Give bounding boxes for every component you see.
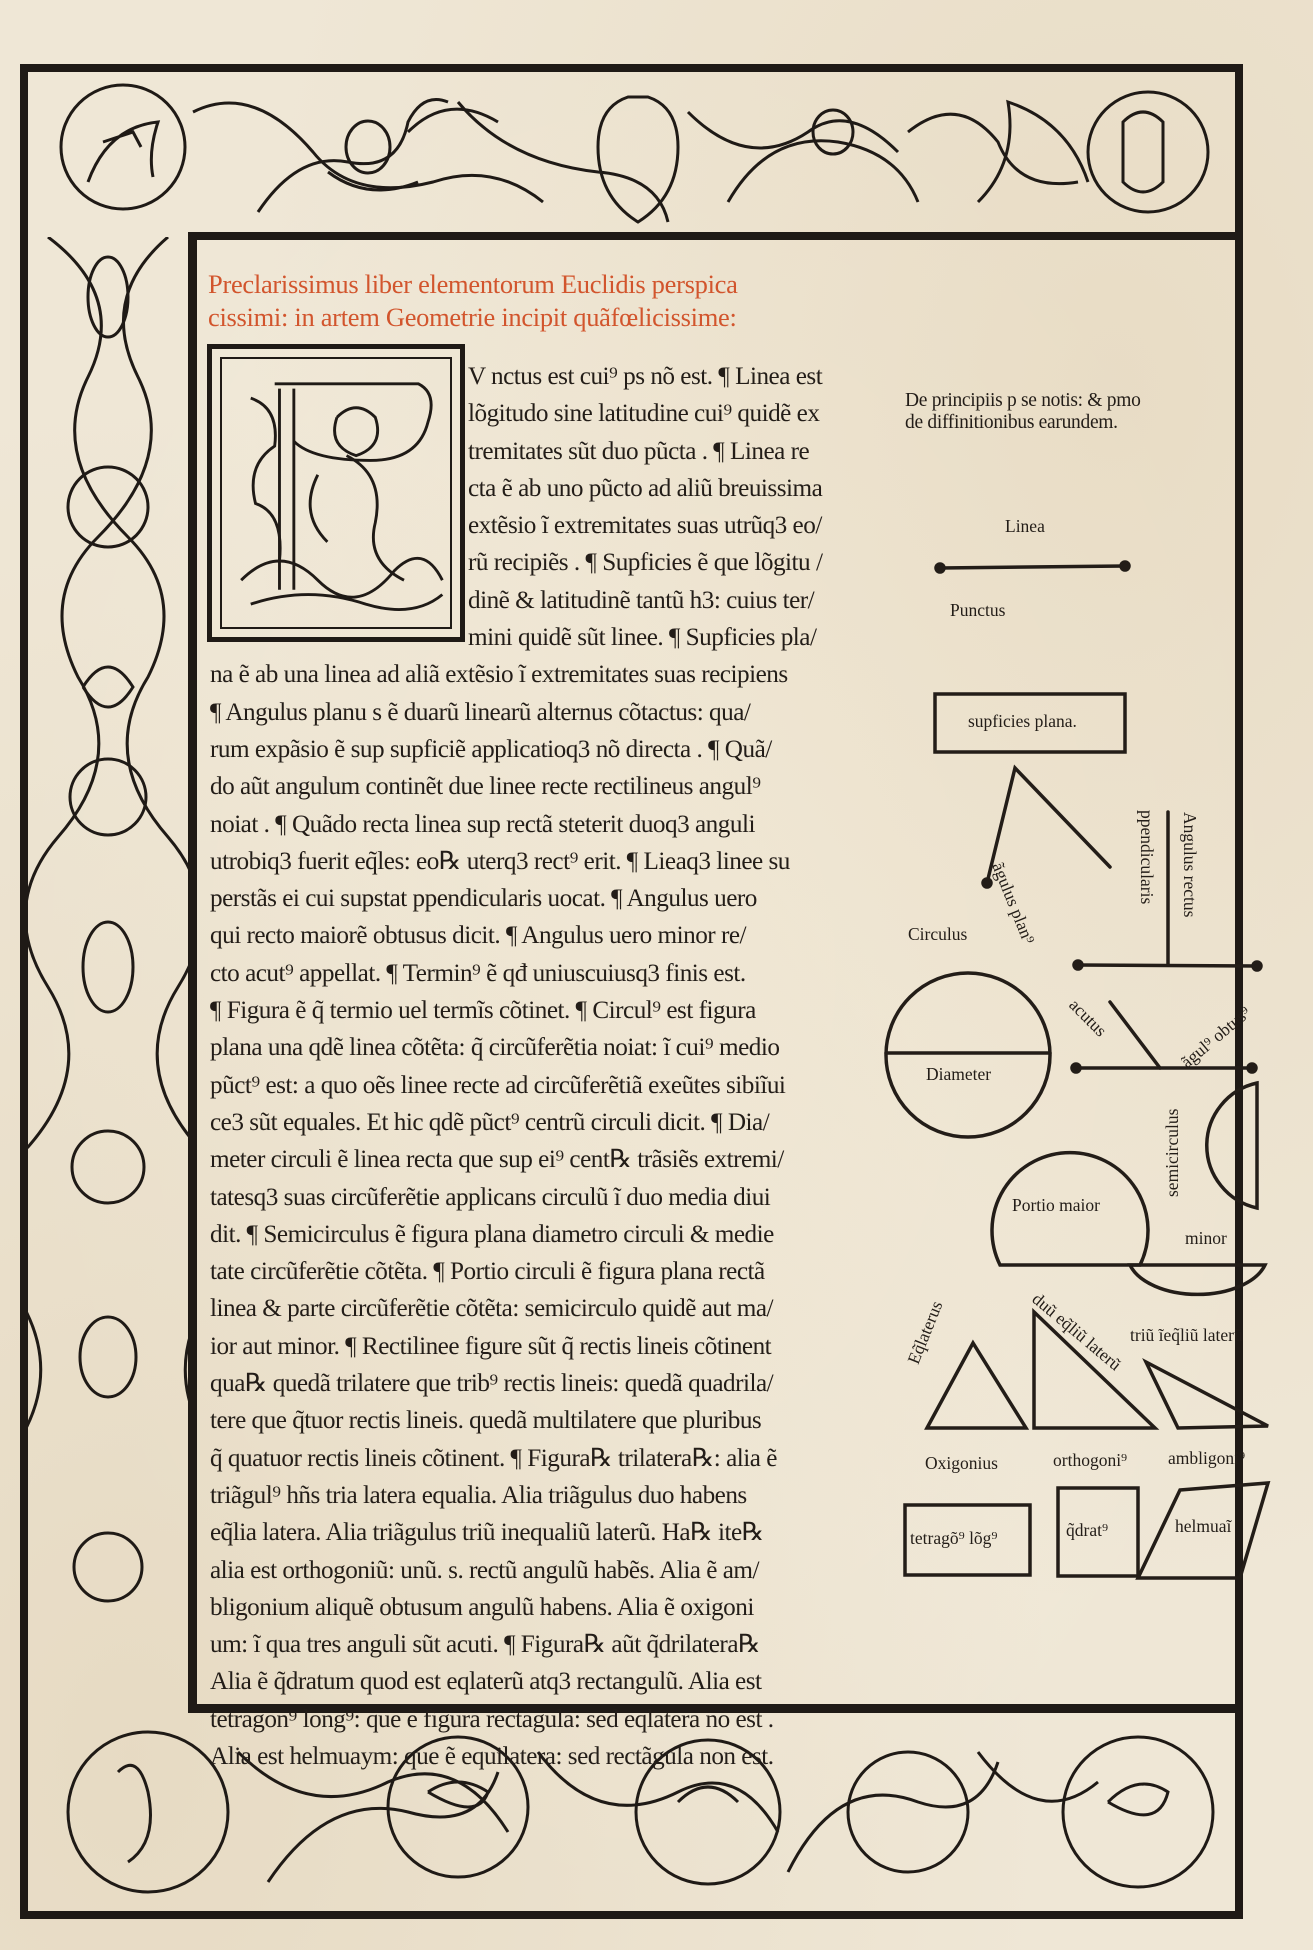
text-line: meter circuli ẽ linea recta que sup ei⁹ … (210, 1141, 890, 1178)
label-helmuaim: helmuaĩ (1175, 1518, 1231, 1536)
text-line: qui recto maiorẽ obtusus dicit. ¶ Angulu… (210, 917, 890, 954)
text-line: tetragon⁹ long⁹: que ẽ figura rectãgula:… (210, 1701, 890, 1738)
text-line: eq̃lia latera. Alia triãgulus triũ inequ… (210, 1514, 890, 1551)
label-punctus: Punctus (950, 602, 1005, 620)
text-line: mini quidẽ sũt linee. ¶ Supficies pla/ (210, 619, 890, 656)
label-oxigonius: Oxigonius (925, 1455, 998, 1473)
inner-frame-rule-left (188, 232, 197, 1712)
title-line: Preclarissimus liber elementorum Euclidi… (208, 268, 828, 301)
label-superficies: supficies plana. (968, 713, 1077, 731)
text-line: Alia ẽ q̃dratum quod est eqlaterũ atq3 r… (210, 1663, 890, 1700)
text-line: dit. ¶ Semicirculus ẽ figura plana diame… (210, 1216, 890, 1253)
label-circulus: Circulus (908, 926, 967, 944)
label-perpendicularis: ppendicularis (1138, 810, 1156, 904)
text-line: perstãs ei cui supstat ppendicularis uoc… (210, 880, 890, 917)
text-line: tate circũferẽtie cõtẽta. ¶ Portio circu… (210, 1253, 890, 1290)
text-line: tremitates sũt duo pũcta . ¶ Linea re (210, 433, 890, 470)
label-trium-inequalium: triũ ĩeq̃liũ laterũ (1130, 1327, 1243, 1345)
text-line: q̃ quatuor rectis lineis cõtinent. ¶ Fig… (210, 1440, 890, 1477)
label-angulus-rectus: Angulus rectus (1181, 812, 1199, 917)
caption-line: de diffinitionibus earundem. (905, 412, 1141, 434)
label-diameter: Diameter (926, 1066, 991, 1084)
text-line: cta ẽ ab uno pũcto ad aliũ breuissima (210, 470, 890, 507)
text-line: cto acut⁹ appellat. ¶ Termin⁹ ẽ qđ unius… (210, 955, 890, 992)
title-line: cissimi: in artem Geometrie incipit quãf… (208, 301, 828, 334)
text-line: ce3 sũt equales. Et hic qdẽ pũct⁹ centrũ… (210, 1104, 890, 1141)
text-line: ¶ Figura ẽ q̃ termio uel termĩs cõtinet.… (210, 992, 890, 1029)
text-line: pũct⁹ est: a quo oẽs linee recte ad circ… (210, 1067, 890, 1104)
text-line: V nctus est cui⁹ ps nõ est. ¶ Linea est (210, 358, 890, 395)
text-line: qua℞ quedã trilatere que trib⁹ rectis li… (210, 1365, 890, 1402)
foliage-ornament-icon (28, 72, 1235, 237)
text-line: plana una qdẽ linea cõtẽta: q̃ circũferẽ… (210, 1029, 890, 1066)
text-line: ¶ Angulus planu s ẽ duarũ linearũ altern… (210, 694, 890, 731)
label-portio-maior: Portio maior (1012, 1197, 1100, 1215)
text-line: bligonium aliquẽ obtusum angulũ habens. … (210, 1589, 890, 1626)
text-line: alia est orthogoniũ: unũ. s. rectũ angul… (210, 1552, 890, 1589)
text-line: triãgul⁹ hñs tria latera equalia. Alia t… (210, 1477, 890, 1514)
woodcut-border-left (28, 237, 190, 1705)
caption-line: De principiis p se notis: & pmo (905, 390, 1141, 412)
text-line: Alia est helmuaym: que ẽ equilatera: sed… (210, 1738, 890, 1775)
label-minor: minor (1185, 1230, 1227, 1248)
text-line: extẽsio ĩ extremitates suas utrũq3 eo/ (210, 507, 890, 544)
label-linea: Linea (1005, 518, 1045, 536)
text-line: dinẽ & latitudinẽ tantũ h3: cuius ter/ (210, 582, 890, 619)
text-line: lõgitudo sine latitudine cui⁹ quidẽ ex (210, 395, 890, 432)
text-line: noiat . ¶ Quãdo recta linea sup rectã st… (210, 806, 890, 843)
text-line: ior aut minor. ¶ Rectilinee figure sũt q… (210, 1328, 890, 1365)
text-line: tatesq3 suas circũferẽtie applicans circ… (210, 1179, 890, 1216)
woodcut-border-top (28, 72, 1235, 237)
diagram-caption: De principiis p se notis: & pmo de diffi… (905, 390, 1141, 434)
rubric-title: Preclarissimus liber elementorum Euclidi… (208, 268, 828, 334)
body-text-column: V nctus est cui⁹ ps nõ est. ¶ Linea est … (210, 358, 890, 1775)
text-line: na ẽ ab una linea ad aliã extẽsio ĩ extr… (210, 656, 890, 693)
text-line: um: ĩ qua tres anguli sũt acuti. ¶ Figur… (210, 1626, 890, 1663)
text-line: linea & parte circũferẽtie cõtẽta: semic… (210, 1290, 890, 1327)
inner-frame-rule-top (188, 232, 1243, 240)
foliage-ornament-icon (28, 237, 190, 1705)
label-ambligonius: ambligoni⁹ (1168, 1450, 1245, 1468)
text-line: utrobiq3 fuerit eq̃les: eo℞ uterq3 rect⁹… (210, 843, 890, 880)
text-line: tere que q̃tuor rectis lineis. quedã mul… (210, 1402, 890, 1439)
label-quadratus: q̃drat⁹ (1066, 1522, 1108, 1540)
label-orthogonius: orthogoni⁹ (1053, 1452, 1127, 1470)
label-tetragonus-longus: tetragõ⁹ lõg⁹ (910, 1530, 998, 1548)
label-semicirculus: semicirculus (1164, 1109, 1182, 1197)
text-line: rũ recipiẽs . ¶ Supficies ẽ que lõgitu / (210, 544, 890, 581)
text-line: rum expãsio ẽ sup supficiẽ applicatioq3 … (210, 731, 890, 768)
text-line: do aũt angulum continẽt due linee recte … (210, 768, 890, 805)
